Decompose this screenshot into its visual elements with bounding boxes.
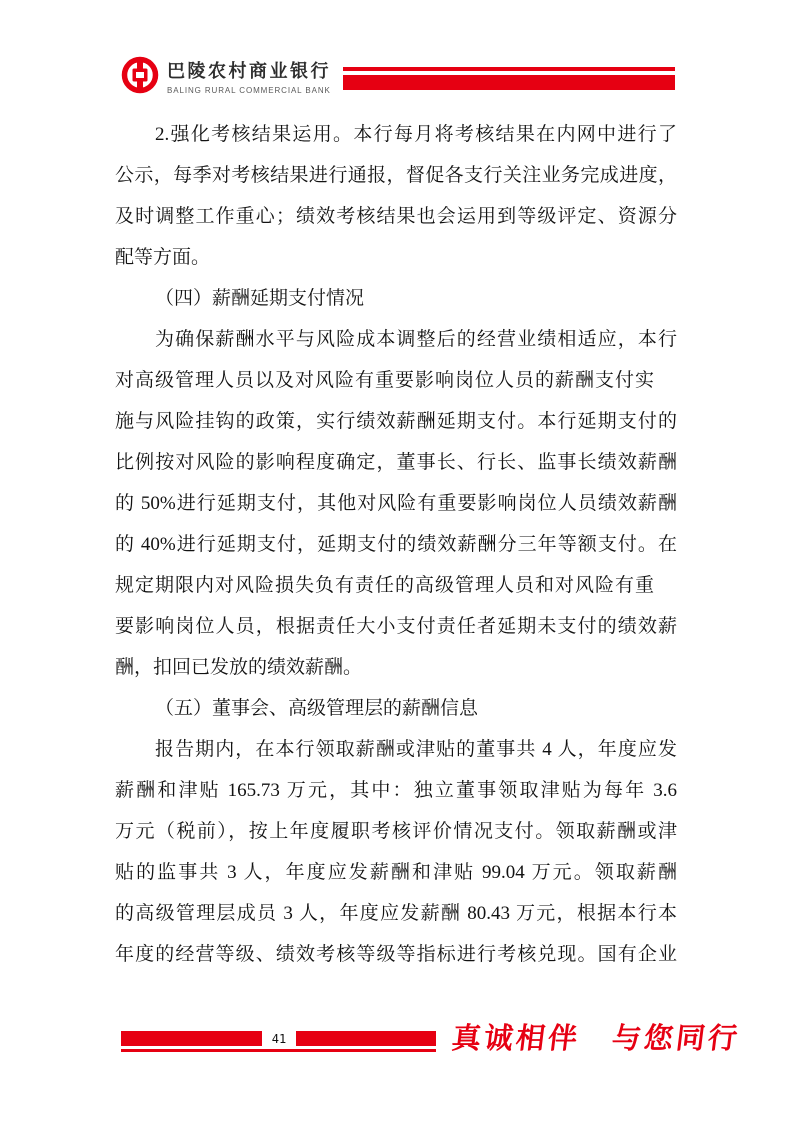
text-line: 规定期限内对风险损失负有责任的高级管理人员和对风险有重 xyxy=(115,565,677,606)
text-line: 2.强化考核结果运用。本行每月将考核结果在内网中进行了 xyxy=(115,114,677,155)
bank-name-cn: 巴陵农村商业银行 xyxy=(167,57,337,83)
section-heading: （四）薪酬延期支付情况 xyxy=(115,278,677,319)
text-line: 贴的监事共 3 人，年度应发薪酬和津贴 99.04 万元。领取薪酬 xyxy=(115,852,677,893)
document-body: 2.强化考核结果运用。本行每月将考核结果在内网中进行了公示，每季对考核结果进行通… xyxy=(115,114,677,975)
bank-logo-icon xyxy=(121,56,159,94)
header-red-banner xyxy=(343,75,675,90)
text-line: 为确保薪酬水平与风险成本调整后的经营业绩相适应，本行 xyxy=(115,319,677,360)
text-line: 的高级管理层成员 3 人，年度应发薪酬 80.43 万元，根据本行本 xyxy=(115,893,677,934)
text-line: 酬，扣回已发放的绩效薪酬。 xyxy=(115,647,677,688)
text-line: 公示，每季对考核结果进行通报，督促各支行关注业务完成进度， xyxy=(115,155,677,196)
text-line: 比例按对风险的影响程度确定，董事长、行长、监事长绩效薪酬 xyxy=(115,442,677,483)
bank-name-block: 巴陵农村商业银行 BALING RURAL COMMERCIAL BANK xyxy=(167,57,337,95)
text-line: 配等方面。 xyxy=(115,237,677,278)
header-thin-rule xyxy=(343,67,675,71)
footer-slogan: 真诚相伴 与您同行 xyxy=(449,1017,784,1061)
text-line: 万元（税前），按上年度履职考核评价情况支付。领取薪酬或津 xyxy=(115,811,677,852)
text-line: 年度的经营等级、绩效考核等级等指标进行考核兑现。国有企业 xyxy=(115,934,677,975)
bank-name-en: BALING RURAL COMMERCIAL BANK xyxy=(167,86,337,95)
text-line: 的 40%进行延期支付，延期支付的绩效薪酬分三年等额支付。在 xyxy=(115,524,677,565)
section-heading: （五）董事会、高级管理层的薪酬信息 xyxy=(115,688,677,729)
text-line: 的 50%进行延期支付，其他对风险有重要影响岗位人员绩效薪酬 xyxy=(115,483,677,524)
page-number: 41 xyxy=(272,1033,286,1045)
footer-thin-rule xyxy=(121,1049,436,1052)
page-header: 巴陵农村商业银行 BALING RURAL COMMERCIAL BANK xyxy=(0,0,793,110)
text-line: 薪酬和津贴 165.73 万元，其中：独立董事领取津贴为每年 3.6 xyxy=(115,770,677,811)
text-line: 要影响岗位人员，根据责任大小支付责任者延期未支付的绩效薪 xyxy=(115,606,677,647)
text-line: 施与风险挂钩的政策，实行绩效薪酬延期支付。本行延期支付的 xyxy=(115,401,677,442)
text-line: 报告期内，在本行领取薪酬或津贴的董事共 4 人，年度应发 xyxy=(115,729,677,770)
text-line: 及时调整工作重心；绩效考核结果也会运用到等级评定、资源分 xyxy=(115,196,677,237)
text-line: 对高级管理人员以及对风险有重要影响岗位人员的薪酬支付实 xyxy=(115,360,677,401)
page-footer: 41 真诚相伴 与您同行 xyxy=(0,1015,793,1085)
page-number-notch: 41 xyxy=(262,1031,296,1046)
